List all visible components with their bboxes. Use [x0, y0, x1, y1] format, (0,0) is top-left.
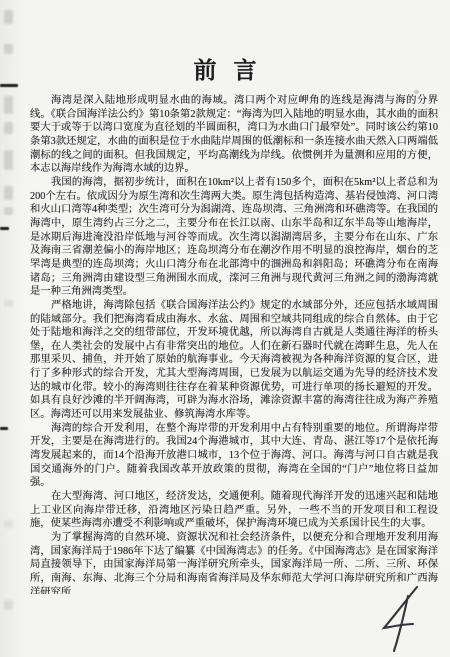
- preface-body: 海湾是深入陆地形成明显水曲的海域。湾口两个对应岬角的连线是海湾与海的分界线。《联…: [30, 94, 438, 594]
- title-char: 言: [234, 58, 257, 83]
- paragraph: 严格地讲，海湾除包括《联合国海洋法公约》规定的水域部分外，还应包括水域周围的陆域…: [30, 299, 438, 422]
- paragraph: 海湾的综合开发利用，在整个海岸带的开发利用中占有特别重要的地位。所谓海岸带开发，…: [30, 422, 438, 490]
- scan-artifact-smudge: [4, 96, 13, 114]
- scan-artifact-smudge: [4, 10, 13, 24]
- title-char: 前: [194, 58, 217, 83]
- scan-artifact-smudge: [4, 186, 13, 200]
- handwritten-page-number: [372, 584, 434, 654]
- scan-artifact-smudge: [4, 300, 13, 307]
- scan-artifact-smudge: [4, 207, 13, 215]
- paragraph: 在大型海湾、河口地区，经济发达，交通便利。随着现代海洋开发的迅速兴起和陆地上工业…: [30, 490, 438, 531]
- scan-artifact-dash: [0, 227, 9, 230]
- scan-artifact-smudge: [4, 150, 13, 170]
- handwritten-4-icon: [372, 584, 434, 654]
- paragraph: 海湾是深入陆地形成明显水曲的海域。湾口两个对应岬角的连线是海湾与海的分界线。《联…: [30, 94, 438, 176]
- scanned-document-page: 前言 海湾是深入陆地形成明显水曲的海域。湾口两个对应岬角的连线是海湾与海的分界线…: [0, 0, 450, 657]
- scan-artifact-dash: [0, 427, 8, 430]
- scan-artifact-smudge: [4, 520, 13, 528]
- paragraph: 我国的海湾，据初步统计，面积在10km²以上者有150多个，面积在5km²以上者…: [30, 176, 438, 299]
- scan-artifact-smudge: [4, 600, 13, 610]
- page-title: 前言: [0, 52, 450, 85]
- scan-artifact-smudge: [4, 122, 13, 134]
